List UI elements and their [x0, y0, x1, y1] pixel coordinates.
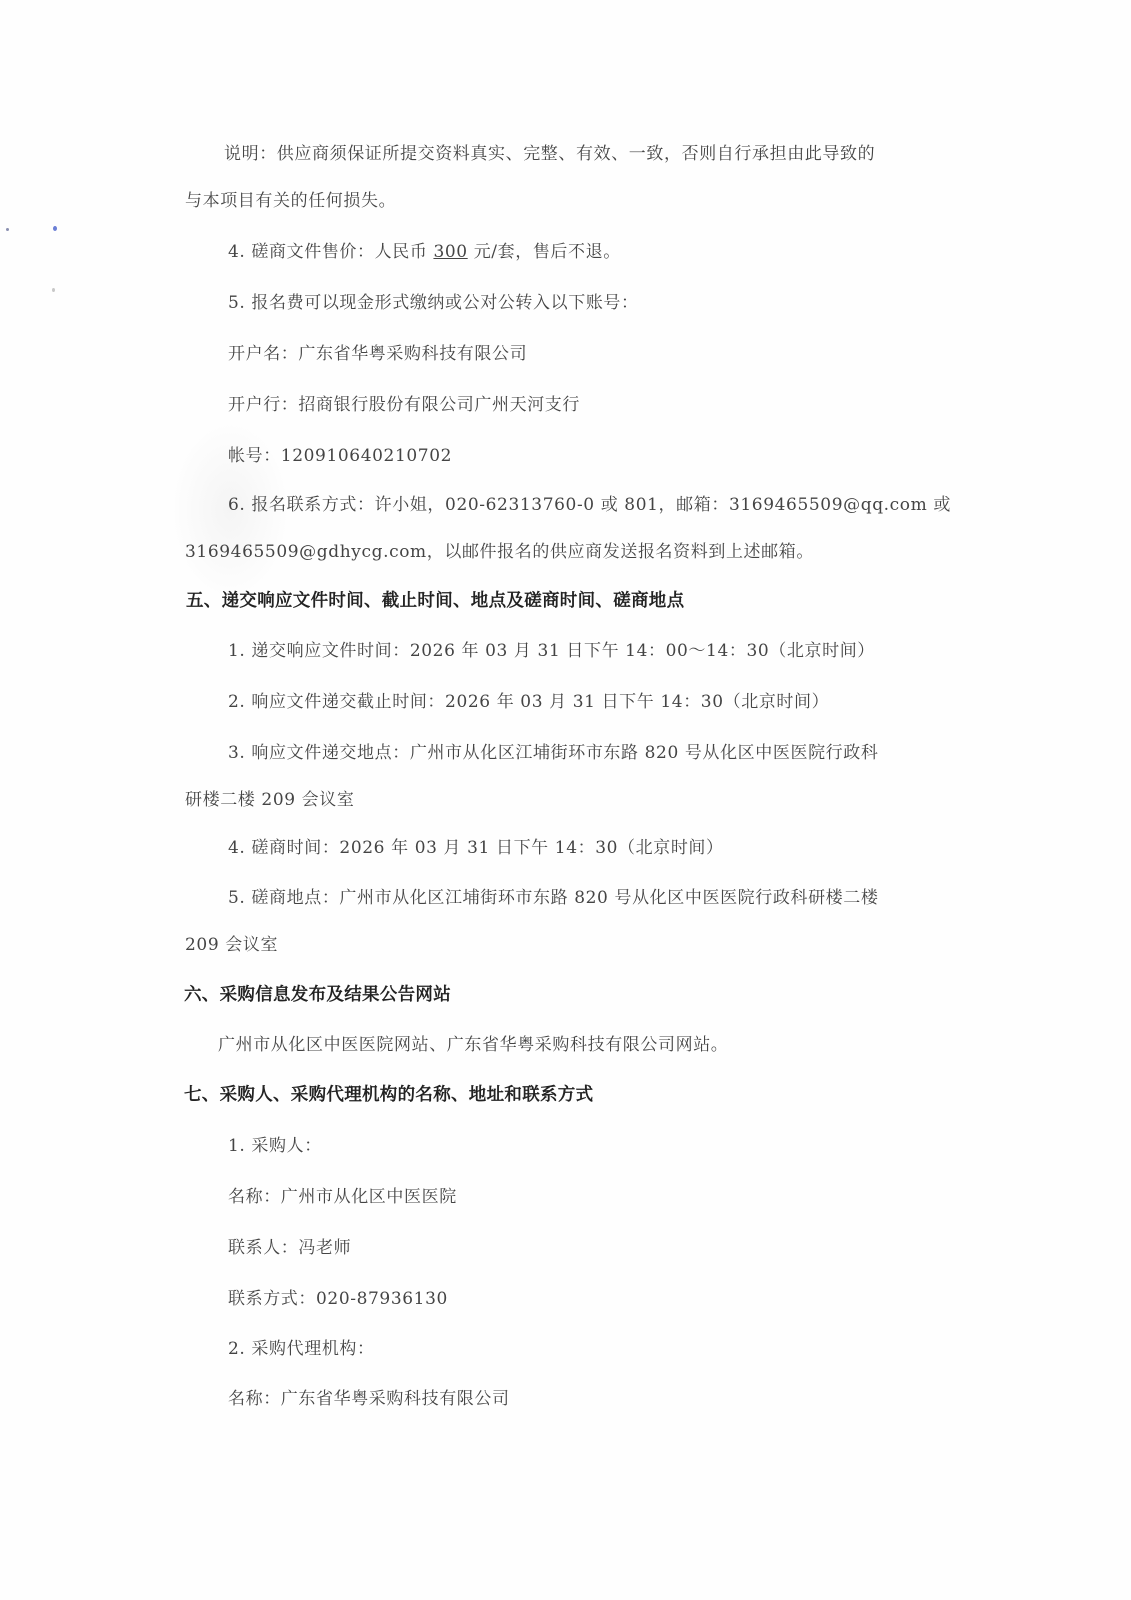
agency-name: 名称：广东省华粤采购科技有限公司	[228, 1387, 510, 1411]
note-line-1: 说明：供应商须保证所提交资料真实、完整、有效、一致，否则自行承担由此导致的	[224, 142, 875, 166]
section-5-item-3-line-2: 研楼二楼 209 会议室	[185, 788, 354, 812]
section-5-item-2: 2. 响应文件递交截止时间：2026 年 03 月 31 日下午 14：30（北…	[228, 690, 829, 714]
document-price-line: 4. 磋商文件售价：人民币 300 元/套，售后不退。	[228, 240, 621, 264]
section-5-item-1: 1. 递交响应文件时间：2026 年 03 月 31 日下午 14：00～14：…	[228, 639, 875, 663]
scanned-document-page: 说明：供应商须保证所提交资料真实、完整、有效、一致，否则自行承担由此导致的 与本…	[0, 0, 1131, 1600]
scan-speck	[52, 288, 55, 292]
note-line-2: 与本项目有关的任何损失。	[185, 189, 396, 213]
price-prefix: 4. 磋商文件售价：人民币	[228, 242, 433, 262]
price-suffix: 元/套，售后不退。	[468, 242, 621, 262]
section-5-item-5-line-1: 5. 磋商地点：广州市从化区江埔街环市东路 820 号从化区中医医院行政科研楼二…	[228, 886, 878, 910]
section-6-body: 广州市从化区中医医院网站、广东省华粤采购科技有限公司网站。	[218, 1033, 728, 1057]
scan-speck	[53, 226, 57, 231]
price-amount: 300	[433, 242, 467, 262]
account-name-line: 开户名：广东省华粤采购科技有限公司	[228, 342, 527, 366]
scan-speck	[6, 228, 9, 231]
section-5-heading: 五、递交响应文件时间、截止时间、地点及磋商时间、磋商地点	[186, 589, 684, 613]
purchaser-contact: 联系人：冯老师	[228, 1236, 351, 1260]
section-5-item-4: 4. 磋商时间：2026 年 03 月 31 日下午 14：30（北京时间）	[228, 836, 724, 860]
registration-fee-line: 5. 报名费可以现金形式缴纳或公对公转入以下账号：	[228, 291, 639, 315]
account-bank-line: 开户行：招商银行股份有限公司广州天河支行	[228, 393, 580, 417]
section-6-heading: 六、采购信息发布及结果公告网站	[184, 983, 451, 1007]
section-5-item-5-line-2: 209 会议室	[185, 933, 278, 957]
purchaser-label: 1. 采购人：	[228, 1134, 322, 1158]
contact-line-1: 6. 报名联系方式：许小姐，020-62313760-0 或 801，邮箱：31…	[228, 493, 951, 517]
agency-label: 2. 采购代理机构：	[228, 1337, 375, 1361]
purchaser-name: 名称：广州市从化区中医医院	[228, 1185, 457, 1209]
purchaser-phone: 联系方式：020-87936130	[228, 1287, 448, 1311]
section-7-heading: 七、采购人、采购代理机构的名称、地址和联系方式	[184, 1083, 593, 1107]
section-5-item-3-line-1: 3. 响应文件递交地点：广州市从化区江埔街环市东路 820 号从化区中医医院行政…	[228, 741, 878, 765]
account-number-line: 帐号：120910640210702	[228, 444, 452, 468]
contact-line-2: 3169465509@gdhycg.com，以邮件报名的供应商发送报名资料到上述…	[185, 540, 814, 564]
